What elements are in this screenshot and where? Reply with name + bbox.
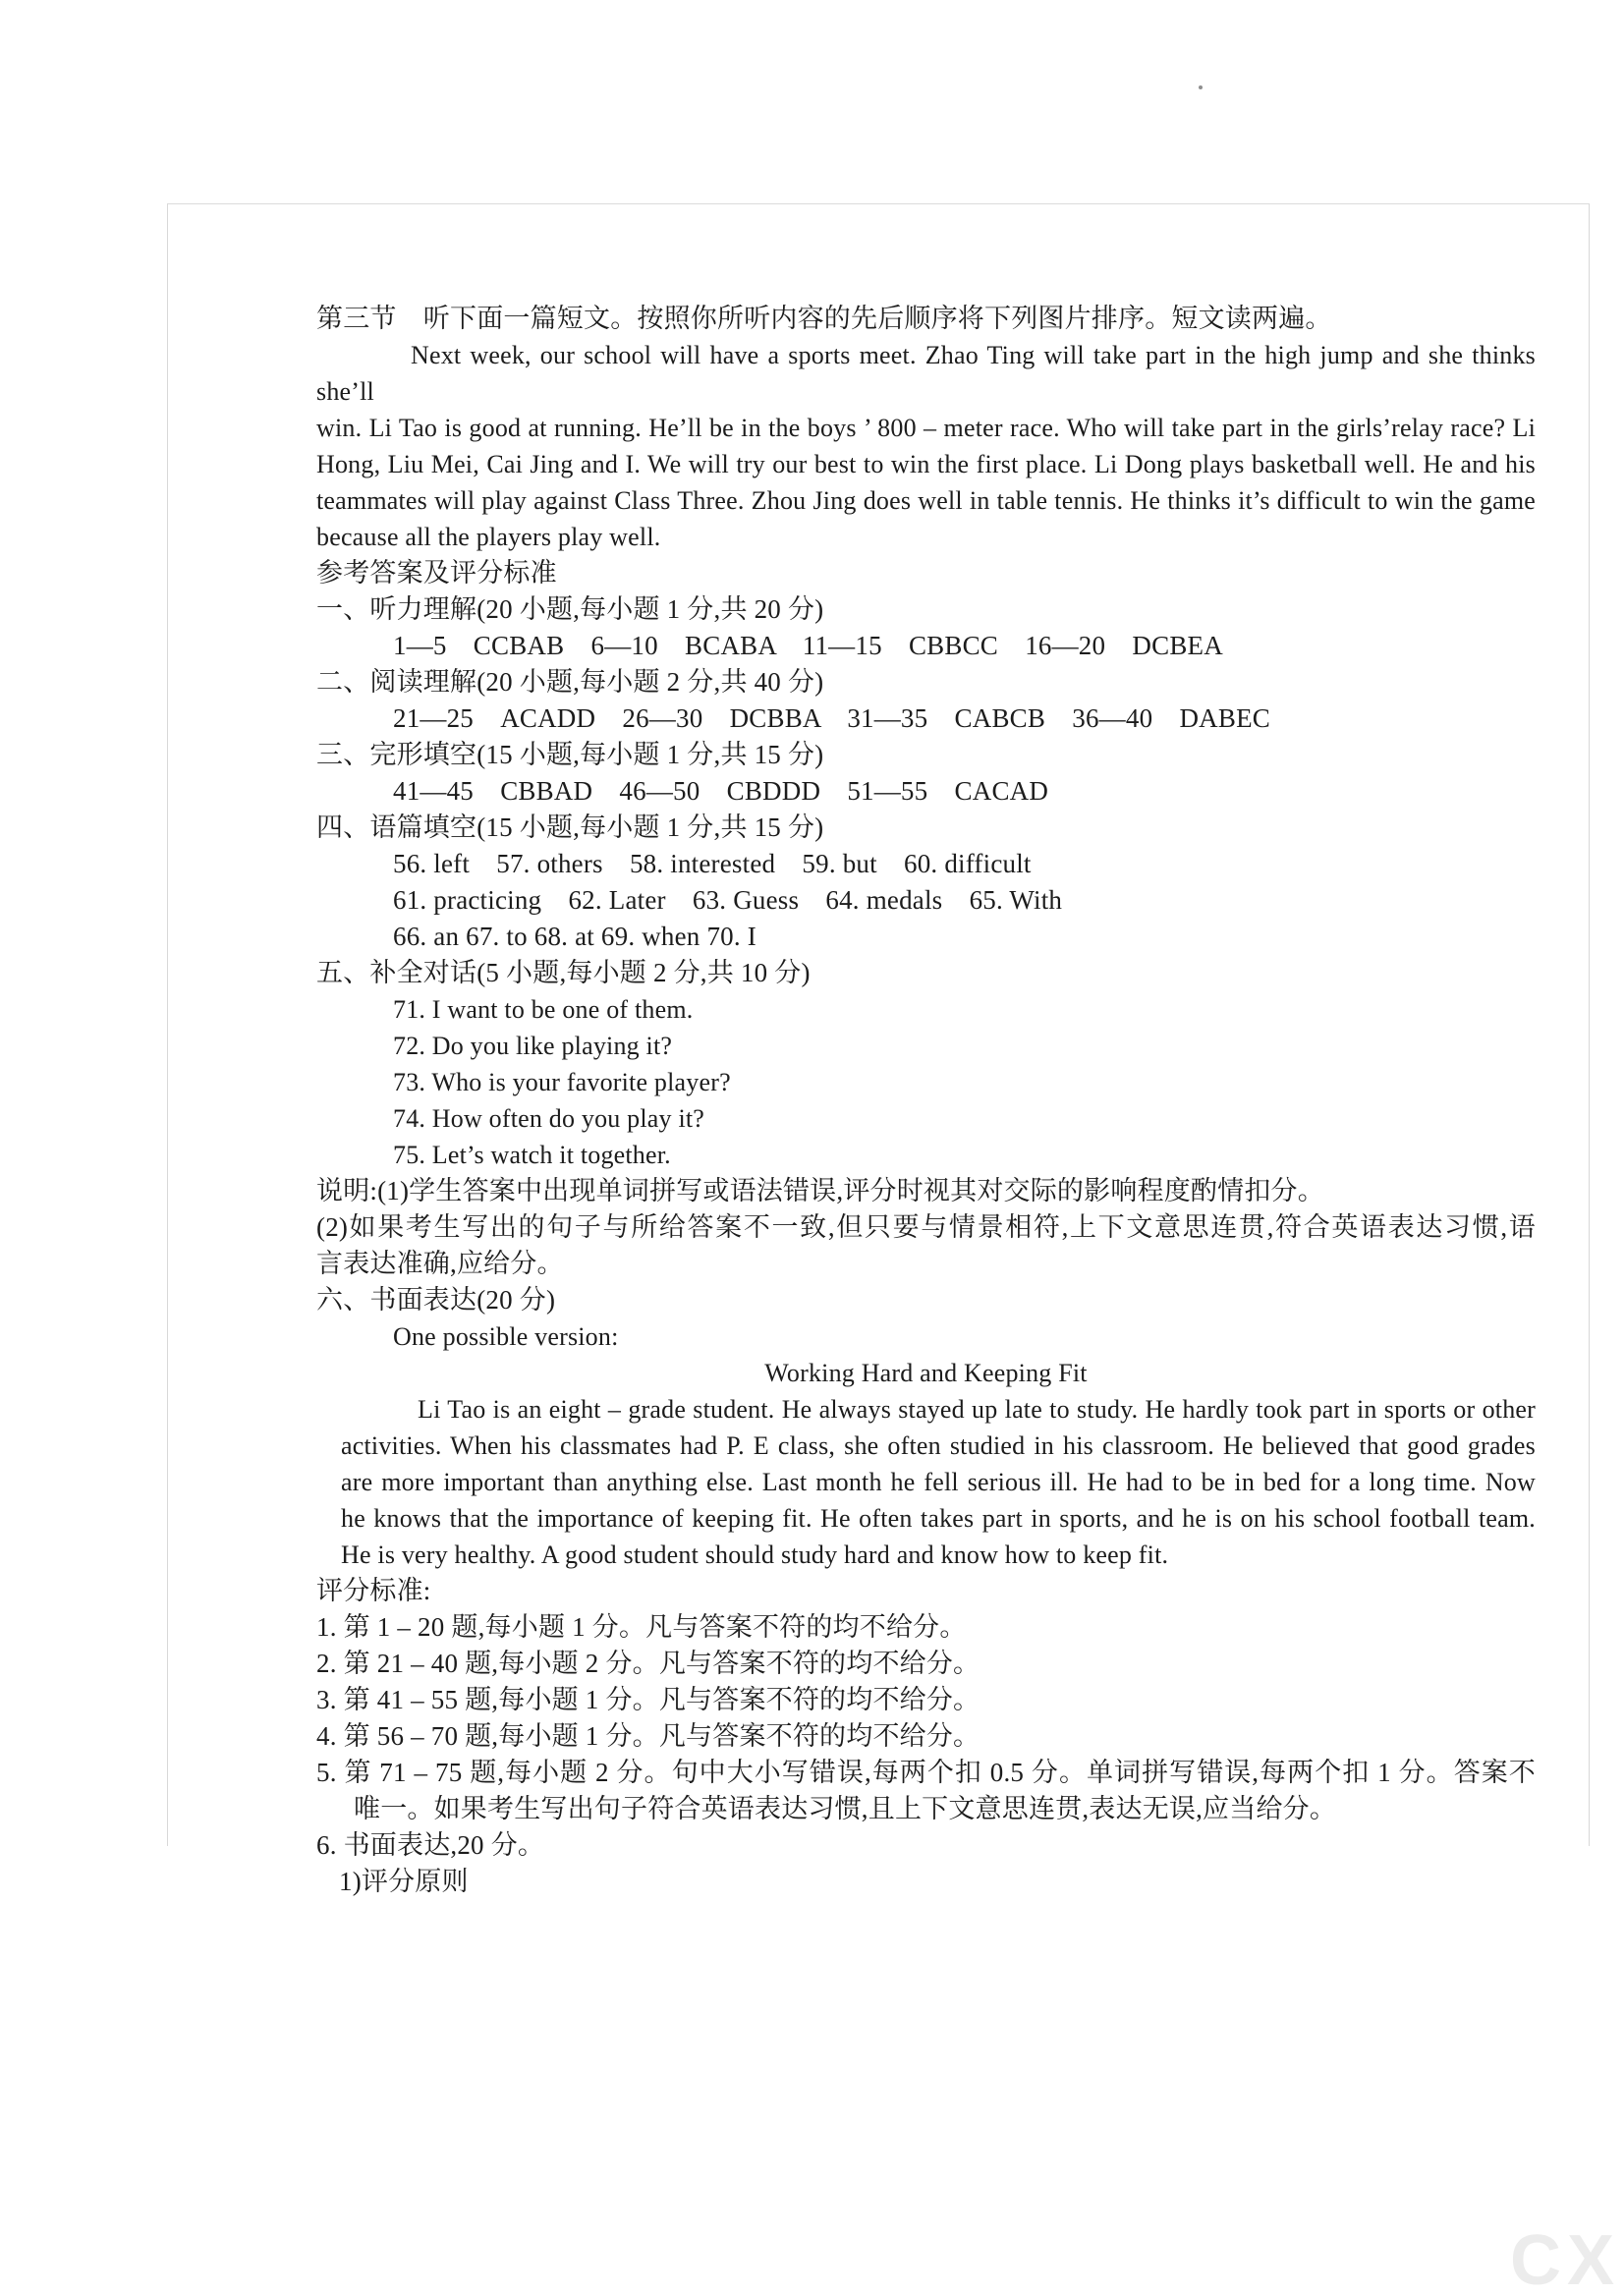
text-line: 41—45 CBBAD 46—50 CBDDD 51—55 CACAD [316,773,1536,810]
text-line: Next week, our school will have a sports… [316,337,1536,410]
text-line: 4. 第 56 – 70 题,每小题 1 分。凡与答案不符的均不给分。 [316,1718,1536,1755]
text-line: are more important than anything else. L… [341,1464,1536,1500]
document-text: 第三节 听下面一篇短文。按照你所听内容的先后顺序将下列图片排序。短文读两遍。Ne… [316,301,1536,1900]
text-line: because all the players play well. [316,519,1536,555]
text-line: 四、语篇填空(15 小题,每小题 1 分,共 15 分) [316,810,1536,846]
text-line: 74. How often do you play it? [316,1100,1536,1137]
text-line: 第三节 听下面一篇短文。按照你所听内容的先后顺序将下列图片排序。短文读两遍。 [316,301,1536,337]
text-line: 1—5 CCBAB 6—10 BCABA 11—15 CBBCC 16—20 D… [316,628,1536,664]
text-line: 说明:(1)学生答案中出现单词拼写或语法错误,评分时视其对交际的影响程度酌情扣分… [316,1173,1536,1209]
text-line: 1. 第 1 – 20 题,每小题 1 分。凡与答案不符的均不给分。 [316,1609,1536,1646]
text-line: he knows that the importance of keeping … [341,1500,1536,1537]
scan-artifact-dot [1199,85,1203,89]
text-line: 3. 第 41 – 55 题,每小题 1 分。凡与答案不符的均不给分。 [316,1682,1536,1718]
text-line: 三、完形填空(15 小题,每小题 1 分,共 15 分) [316,737,1536,773]
text-line: 56. left 57. others 58. interested 59. b… [316,846,1536,882]
text-line: activities. When his classmates had P. E… [341,1428,1536,1464]
text-line: 75. Let’s watch it together. [316,1137,1536,1173]
text-line: 61. practicing 62. Later 63. Guess 64. m… [316,882,1536,919]
text-line: 66. an 67. to 68. at 69. when 70. I [316,919,1536,955]
text-line: Li Tao is an eight – grade student. He a… [341,1391,1536,1428]
text-line: 2. 第 21 – 40 题,每小题 2 分。凡与答案不符的均不给分。 [316,1646,1536,1682]
text-line: 21—25 ACADD 26—30 DCBBA 31—35 CABCB 36—4… [316,700,1536,737]
text-line: 六、书面表达(20 分) [316,1282,1536,1318]
text-line: 参考答案及评分标准 [316,555,1536,591]
text-line: Hong, Liu Mei, Cai Jing and I. We will t… [316,446,1536,482]
text-line: 五、补全对话(5 小题,每小题 2 分,共 10 分) [316,955,1536,991]
text-line: He is very healthy. A good student shoul… [341,1537,1536,1573]
watermark-text: CX [1510,2225,1620,2296]
text-line: (2)如果考生写出的句子与所给答案不一致,但只要与情景相符,上下文意思连贯,符合… [316,1209,1536,1246]
text-line: 言表达准确,应给分。 [316,1246,1536,1282]
text-line: 评分标准: [316,1573,1536,1609]
text-line: 唯一。如果考生写出句子符合英语表达习惯,且上下文意思连贯,表达无误,应当给分。 [316,1791,1536,1827]
text-line: 二、阅读理解(20 小题,每小题 2 分,共 40 分) [316,664,1536,700]
text-line: teammates will play against Class Three.… [316,482,1536,519]
text-line: One possible version: [316,1318,1536,1355]
text-line: 71. I want to be one of them. [316,991,1536,1028]
text-line: 1)评分原则 [316,1864,1536,1900]
text-line: 一、听力理解(20 小题,每小题 1 分,共 20 分) [316,591,1536,628]
text-line: 5. 第 71 – 75 题,每小题 2 分。句中大小写错误,每两个扣 0.5 … [316,1755,1536,1791]
text-line: 73. Who is your favorite player? [316,1064,1536,1100]
text-line: Working Hard and Keeping Fit [316,1355,1536,1391]
text-line: 6. 书面表达,20 分。 [316,1827,1536,1864]
text-line: win. Li Tao is good at running. He’ll be… [316,410,1536,446]
text-line: 72. Do you like playing it? [316,1028,1536,1064]
